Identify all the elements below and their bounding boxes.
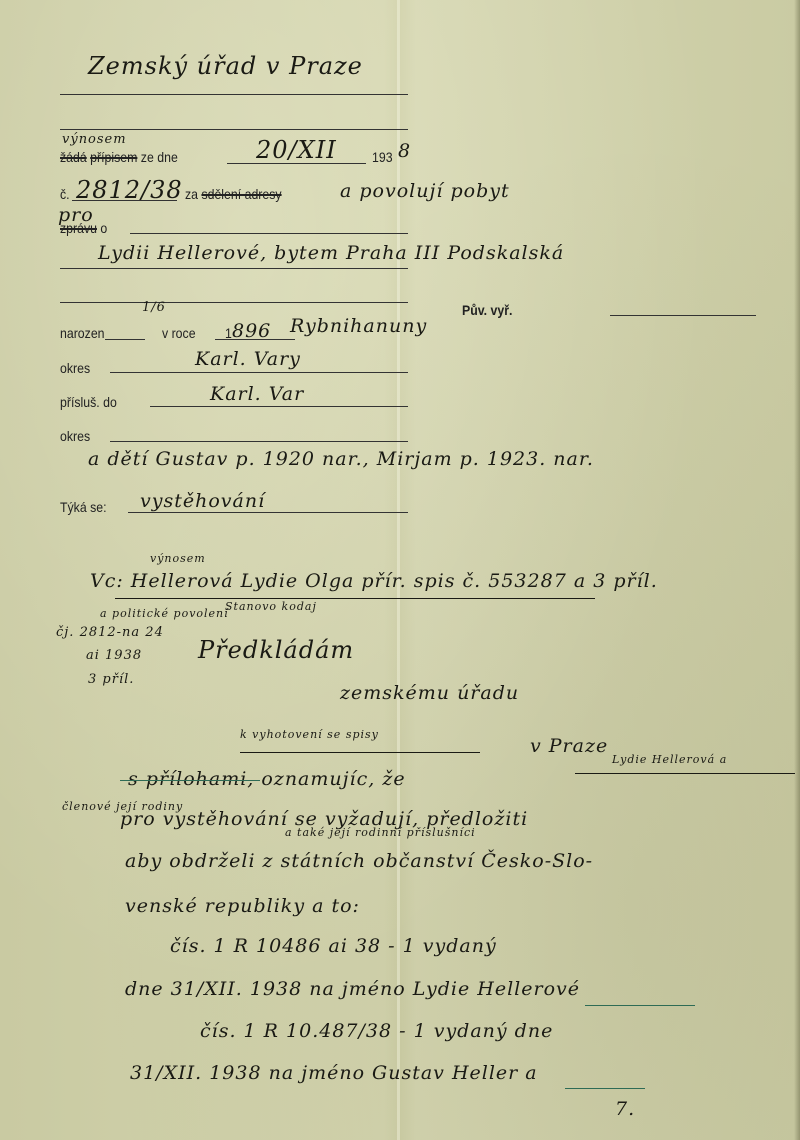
handwritten-okres-value: Karl. Vary — [195, 348, 301, 370]
label-okres-1: okres — [60, 360, 90, 376]
green-underline-heller — [565, 1088, 645, 1089]
handwritten-zpravu-correction: pro — [58, 204, 94, 226]
form-rule-tyka-se — [128, 512, 408, 513]
label-za-sdeleni: za sdělení adresy — [185, 186, 282, 202]
handwritten-birth-year: 896 — [232, 320, 271, 342]
label-v-roce: v roce — [162, 325, 196, 341]
form-rule-zpravu — [130, 233, 408, 234]
handwritten-birth-day: 1/6 — [142, 300, 166, 315]
handwritten-za-suffix: a povolují pobyt — [340, 180, 510, 202]
label-zada-pripisem: žádá přípisem ze dne — [60, 149, 178, 165]
form-rule-narozen — [105, 339, 145, 340]
form-rule-name-2 — [60, 302, 408, 303]
annotation-line3: aby obdrželi z státních občanství Česko-… — [125, 850, 593, 872]
annotation-appendix: 3 příl. — [88, 672, 134, 687]
annotation-line1: s přílohami, oznamujíc, že — [128, 768, 406, 790]
form-rule-recipient — [60, 94, 408, 95]
handwritten-prislus-value: Karl. Var — [210, 383, 304, 405]
form-rule-name — [60, 268, 408, 269]
annotation-line9-tail: 7. — [615, 1098, 635, 1120]
form-rule-okres1 — [110, 372, 408, 373]
handwritten-birth-place: Rybnihanuny — [290, 315, 427, 337]
annotation-main-line: Vc: Hellerová Lydie Olga přír. spis č. 5… — [90, 570, 658, 592]
label-narozen: narozen — [60, 325, 105, 341]
annotation-side-note: a politické povolení — [100, 607, 229, 620]
annotation-line8: 31/XII. 1938 na jméno Gustav Heller a — [130, 1062, 538, 1084]
annotation-line7: čís. 1 R 10.487/38 - 1 vydaný dne — [200, 1020, 553, 1042]
annotation-insert-k-vyrizeni: k vyhotovení se spisy — [240, 728, 379, 741]
handwritten-number: 2812/38 — [76, 176, 183, 204]
label-tyka-se: Týká se: — [60, 499, 107, 515]
handwritten-recipient: Zemský úřad v Praze — [88, 52, 363, 80]
label-year-1: 1 — [225, 325, 232, 341]
annotation-zemskemu: zemskému úřadu — [340, 682, 519, 704]
form-rule-okres2 — [110, 441, 408, 442]
annotation-ref-number: čj. 2812-na 24 — [56, 625, 164, 640]
annotation-insert-underline — [240, 752, 480, 753]
form-rule-year — [352, 163, 366, 164]
handwritten-tyka-se: vystěhování — [140, 490, 265, 512]
label-okres-2: okres — [60, 428, 90, 444]
annotation-predkladam: Předkládám — [198, 636, 354, 664]
label-year-prefix: 193 — [372, 149, 393, 165]
form-rule-puv-vyr — [610, 315, 756, 316]
label-c: č. — [60, 186, 70, 202]
label-puv-vyr: Pův. vyř. — [462, 302, 512, 318]
handwritten-children: a dětí Gustav p. 1920 nar., Mirjam p. 19… — [88, 448, 594, 470]
annotation-line6: dne 31/XII. 1938 na jméno Lydie Hellerov… — [125, 978, 580, 1000]
label-prislus-do: přísluš. do — [60, 394, 117, 410]
annotation-line5: čís. 1 R 10486 ai 38 - 1 vydaný — [170, 935, 497, 957]
annotation-line4: venské republiky a to: — [125, 895, 360, 917]
annotation-ref-year: ai 1938 — [86, 648, 142, 663]
annotation-v-praze: v Praze — [530, 735, 608, 757]
handwritten-date: 20/XII — [256, 136, 337, 164]
annotation-main-underline — [115, 598, 595, 599]
green-underline-hellerove — [585, 1005, 695, 1006]
handwritten-vynosem: výnosem — [62, 132, 127, 147]
annotation-top-insert: výnosem — [150, 552, 206, 565]
handwritten-year-suffix: 8 — [398, 140, 411, 162]
green-strike — [120, 780, 260, 781]
form-rule-prislus — [150, 406, 408, 407]
annotation-hellerova-line — [575, 773, 795, 774]
form-rule-recipient-2 — [60, 129, 408, 130]
annotation-under-main: Stanovo kodaj — [225, 600, 317, 613]
handwritten-subject-name: Lydii Hellerové, bytem Praha III Podskal… — [98, 242, 564, 264]
paper-edge — [794, 0, 800, 1140]
annotation-hellerova-insert: Lydie Hellerová a — [612, 753, 727, 766]
annotation-insert-green: a také její rodinní příslušníci — [285, 826, 476, 839]
